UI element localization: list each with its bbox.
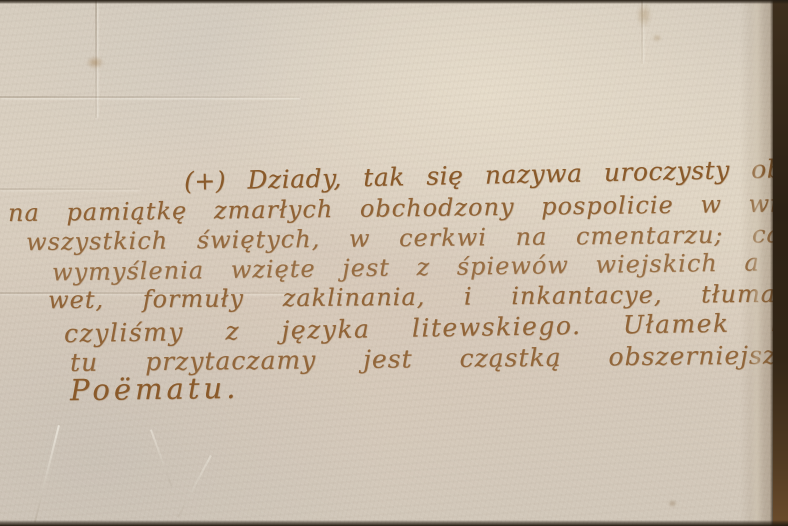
photo-edge-top (0, 0, 788, 4)
page-edge-dark-right (773, 0, 788, 526)
paper-stain (86, 56, 104, 69)
paper-stain (652, 34, 662, 42)
photo-edge-bottom (0, 520, 788, 526)
paper-stain (668, 500, 677, 507)
page-edge-shadow-right (740, 0, 774, 526)
paper-stain (636, 2, 652, 28)
manuscript-photo: (+) Dziady, tak się nazywa uroczysty obr… (0, 0, 788, 526)
manuscript-line-8: Poëmatu. (70, 371, 240, 407)
